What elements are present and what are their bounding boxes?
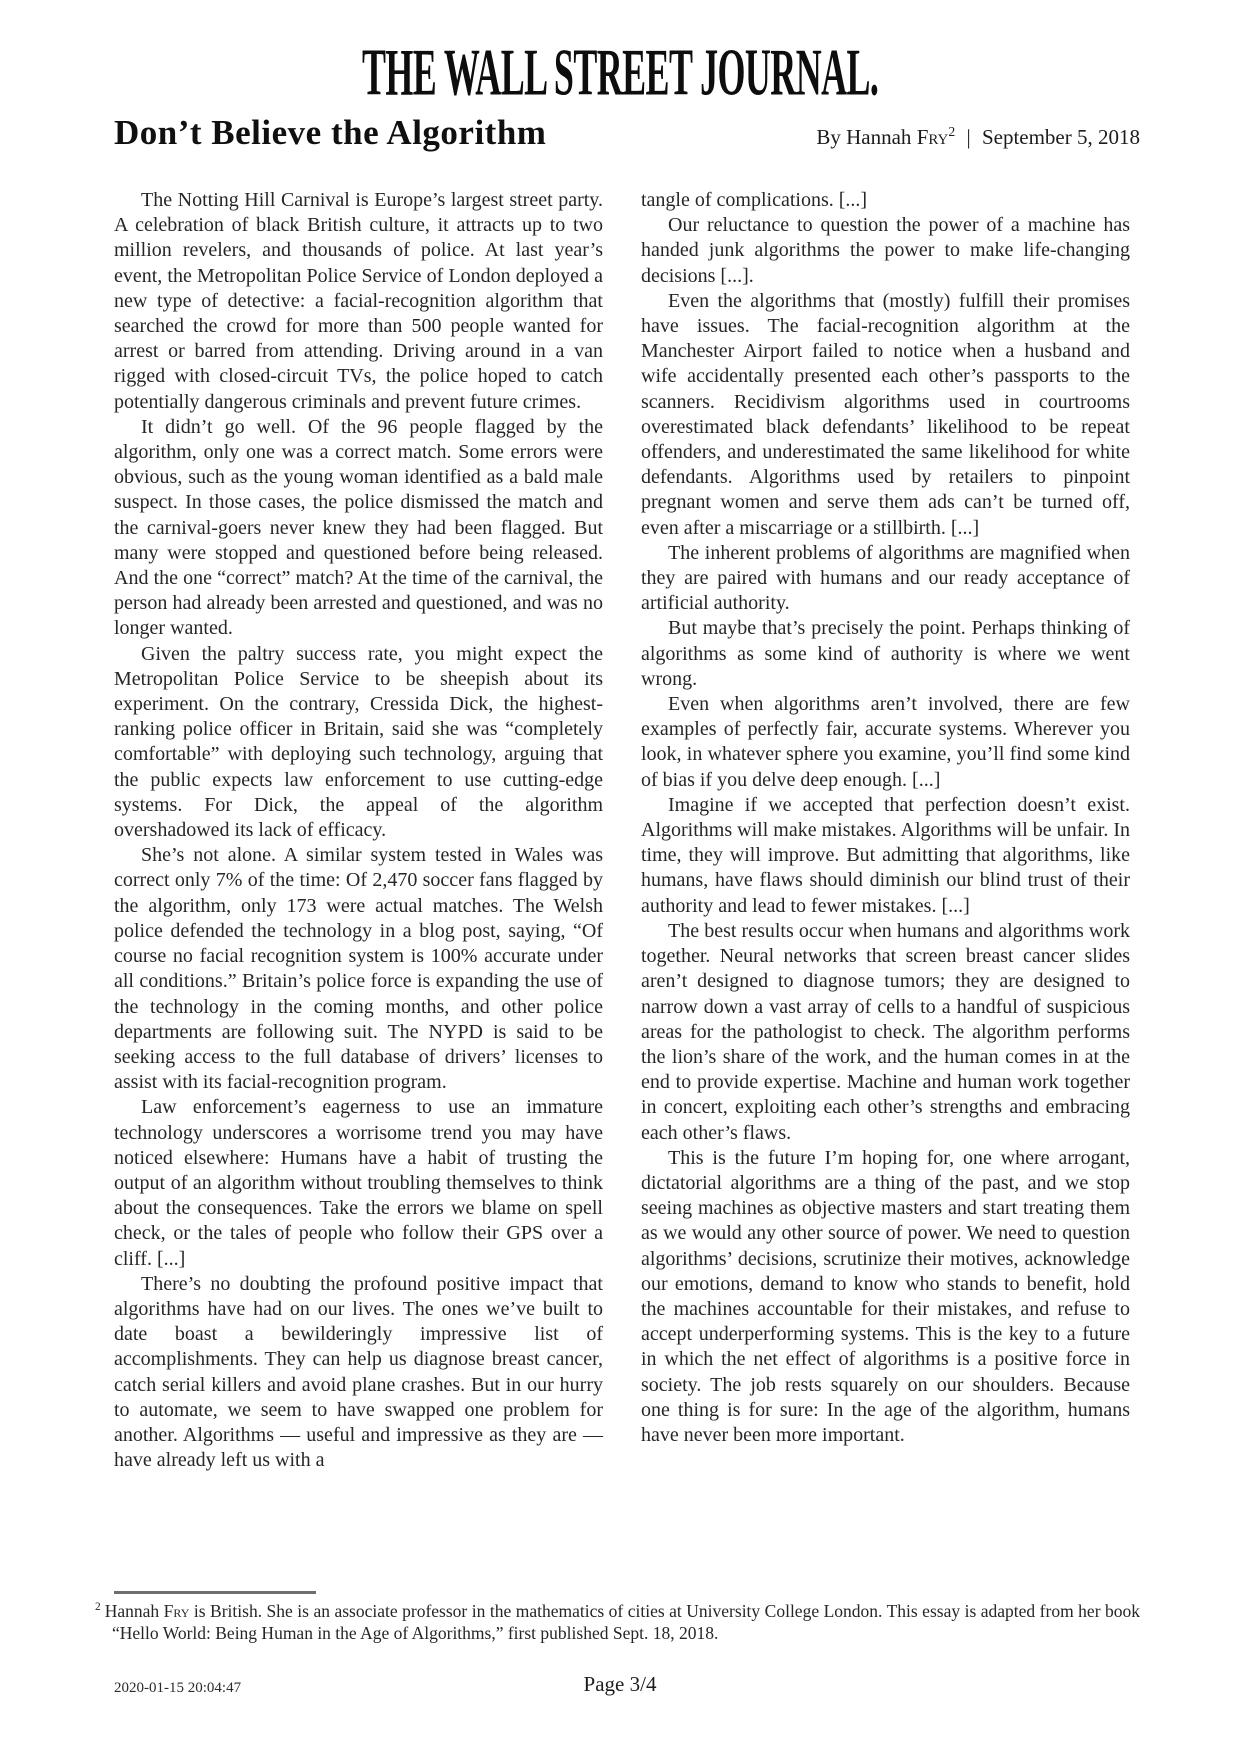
article-title: Don’t Believe the Algorithm <box>114 113 546 153</box>
footnote-author-name: Fry <box>164 1601 190 1621</box>
paragraph: The best results occur when humans and a… <box>641 919 1130 1146</box>
paragraph: She’s not alone. A similar system tested… <box>114 843 603 1095</box>
paragraph: It didn’t go well. Of the 96 people flag… <box>114 415 603 642</box>
byline-footnote-marker: 2 <box>948 124 955 139</box>
article-date: September 5, 2018 <box>982 125 1140 149</box>
footnote-rule <box>114 1591 316 1594</box>
paragraph: Given the paltry success rate, you might… <box>114 642 603 844</box>
byline-separator: | <box>966 125 970 149</box>
paragraph: But maybe that’s precisely the point. Pe… <box>641 616 1130 692</box>
left-column: The Notting Hill Carnival is Europe’s la… <box>114 188 603 1473</box>
document-page: THE WALL STREET JOURNAL. Don’t Believe t… <box>0 0 1240 1754</box>
byline-prefix: By Hannah <box>816 125 911 149</box>
paragraph: Even the algorithms that (mostly) fulfil… <box>641 289 1130 541</box>
footnote: 2Hannah Fry is British. She is an associ… <box>95 1601 1140 1644</box>
paragraph: The inherent problems of algorithms are … <box>641 541 1130 617</box>
footnote-text-start: Hannah <box>105 1601 159 1621</box>
footnote-text-end: is British. She is an associate professo… <box>112 1601 1140 1643</box>
right-column: tangle of complications. [...] Our reluc… <box>641 188 1130 1473</box>
footnote-marker: 2 <box>95 1601 101 1613</box>
author-name: Fry <box>917 125 949 149</box>
paragraph: Law enforcement’s eagerness to use an im… <box>114 1095 603 1271</box>
byline: By Hannah Fry2 | September 5, 2018 <box>816 125 1140 150</box>
page-number: Page 3/4 <box>0 1672 1240 1697</box>
page-footer: 2020-01-15 20:04:47 Page 3/4 <box>0 1672 1240 1702</box>
paragraph: This is the future I’m hoping for, one w… <box>641 1146 1130 1448</box>
paragraph: The Notting Hill Carnival is Europe’s la… <box>114 188 603 415</box>
masthead-container: THE WALL STREET JOURNAL. <box>0 42 1240 104</box>
paragraph: tangle of complications. [...] <box>641 188 1130 213</box>
paragraph: Even when algorithms aren’t involved, th… <box>641 692 1130 793</box>
paragraph: Imagine if we accepted that perfection d… <box>641 793 1130 919</box>
paragraph: There’s no doubting the profound positiv… <box>114 1272 603 1474</box>
article-body: The Notting Hill Carnival is Europe’s la… <box>114 188 1130 1473</box>
newspaper-masthead: THE WALL STREET JOURNAL. <box>362 40 878 107</box>
title-row: Don’t Believe the Algorithm By Hannah Fr… <box>114 113 1140 153</box>
paragraph: Our reluctance to question the power of … <box>641 213 1130 289</box>
